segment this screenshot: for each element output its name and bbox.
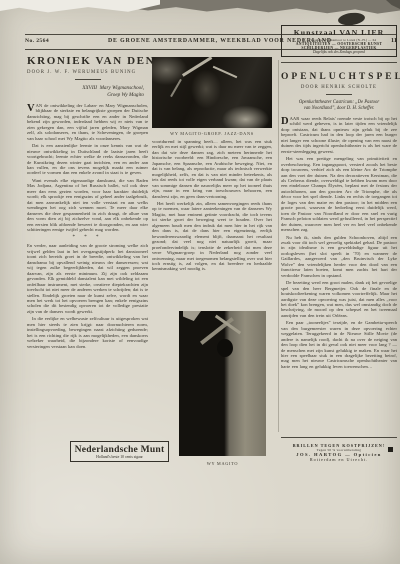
ad-munt-subtitle: Holland's beste 10 cents sigaar xyxy=(71,455,168,459)
paragraph: voortdurend in spanning heeft.... alleen… xyxy=(152,139,272,199)
subhead-line2: van Noordland”, door D. H. Scheffer. xyxy=(281,106,397,112)
column-divider-rule xyxy=(281,62,397,63)
dance-article: KRONIEK VAN DEN DANS DOOR J. W. F. WERUM… xyxy=(27,55,148,421)
openlucht-article-body: DAAR waar reeds Relais' roemde veste tro… xyxy=(281,116,397,436)
issue-number: No. 2564 xyxy=(25,38,49,44)
dancer-arm-highlight xyxy=(170,79,182,97)
dance-article-subhead: XXVIII Mary Wigmanschool, Groep Wy Magit… xyxy=(27,85,148,98)
paragraph: Het was een prettige mengeling van primi… xyxy=(281,156,397,232)
paragraph: Een paar „tooneeltjes” terzijde, en de G… xyxy=(281,320,397,369)
ad-vanlier-wares1: ANTIQUITEITEN — OOSTERSCHE KUNST xyxy=(284,42,394,46)
ad-munt-title: Nederlandsche Munt xyxy=(71,444,168,455)
dancer-head-silhouette xyxy=(217,339,233,357)
paragraph: Dat is een aanzienlijke leemte in onze k… xyxy=(27,143,148,176)
divider xyxy=(75,79,101,80)
torn-edge-top-left xyxy=(0,0,160,13)
dancer-arm-highlight xyxy=(213,66,238,78)
dance-article-continuation: voortdurend in spanning heeft.... alleen… xyxy=(152,139,272,308)
paragraph: DAAR waar reeds Relais' roemde veste tro… xyxy=(281,116,397,154)
photo-highlight xyxy=(183,311,201,321)
ad-vanlier-title: Kunstzaal VAN LIER xyxy=(284,28,394,37)
paragraph: Nu heb ik, sinds den gulden Schoonhoven,… xyxy=(281,235,397,279)
openlucht-article-title: OPENLUCHTSPEL xyxy=(281,72,397,82)
ink-dot xyxy=(388,447,393,452)
dance-article-byline: DOOR J. W. F. WERUMEUS BUNING xyxy=(27,70,148,75)
paragraph: Het heeft werkelijk zin, alleen samenvoe… xyxy=(152,201,272,272)
openlucht-article-byline: DOOR HENRIK SCHOLTE xyxy=(281,85,397,90)
dancer-arm-highlight xyxy=(182,57,212,76)
subhead-line2: Groep Wy Magito xyxy=(27,92,144,99)
ad-vanlier-hours: Dagelijks ook des Zondags geopend xyxy=(284,50,394,54)
openlucht-article-subhead: Openluchttheater Castricum: „De Pastoor … xyxy=(281,100,397,112)
paragraph: De bezetting werd een groot malen, dank … xyxy=(281,280,397,318)
ad-brillen-hartog: BRILLEN TEGEN KOSTPRIJZEN! Tegen 50 % vo… xyxy=(281,443,397,462)
right-column: Kunstzaal VAN LIER 64 — naast het Postka… xyxy=(281,25,397,436)
ad-brillen-cities: Rotterdam en Utrecht. xyxy=(281,457,397,462)
dance-article-body: VAN de ontwikkeling der Laban- en Mary W… xyxy=(27,103,148,421)
photo-jazz-dance-group xyxy=(152,57,272,128)
dance-article-title: KRONIEK VAN DEN DANS xyxy=(27,55,148,67)
section-break-stars: * * * xyxy=(27,235,148,240)
paragraph: Want evenals elke eigenaardige danskunst… xyxy=(27,178,148,233)
paragraph: VAN de ontwikkeling der Laban- en Mary W… xyxy=(27,103,148,141)
column-rule xyxy=(278,60,279,432)
photo-wy-magito-solo xyxy=(179,311,266,456)
divider xyxy=(326,94,352,95)
newspaper-page: No. 2564 DE GROENE AMSTERDAMMER, WEEKBLA… xyxy=(0,0,400,564)
ad-kunstzaal-van-lier: Kunstzaal VAN LIER 64 — naast het Postka… xyxy=(281,25,397,57)
ad-nederlandsche-munt: Nederlandsche Munt Holland's beste 10 ce… xyxy=(70,441,169,462)
paragraph: In die eerlijke en welbewuste zelfcultuu… xyxy=(27,316,148,349)
paragraph: En verder, naar aanleiding van de groote… xyxy=(27,243,148,314)
photo-caption-bottom: WY MAGITO xyxy=(179,461,266,466)
ad-divider-rule xyxy=(281,437,397,438)
photo-caption-top: WY MAGITO-GROEP. JAZZ-DANS xyxy=(152,131,272,136)
